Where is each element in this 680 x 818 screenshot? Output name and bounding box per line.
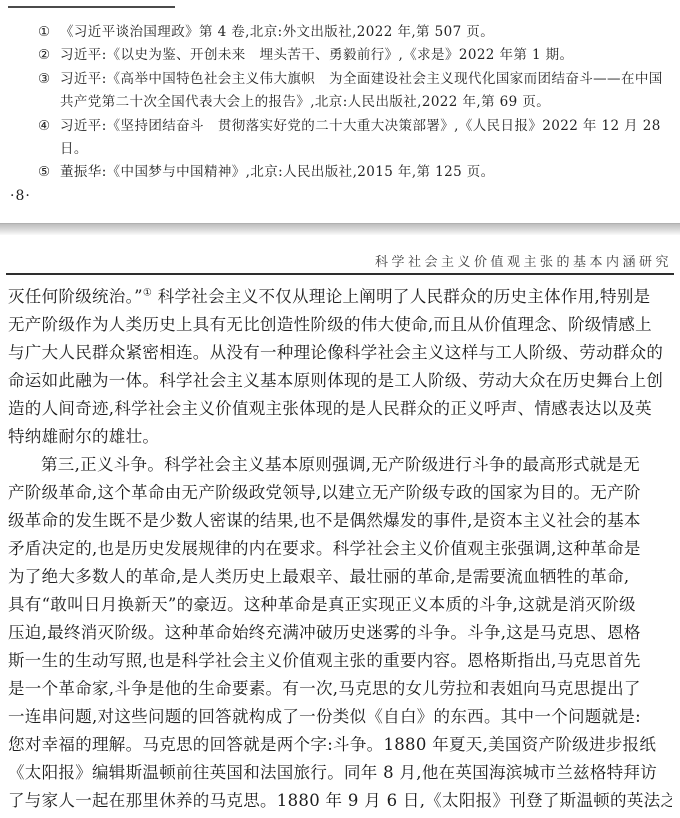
body-line: 斯一生的生动写照,也是科学社会主义价值观主张的重要内容。恩格斯指出,马克思首先 bbox=[8, 647, 672, 675]
page-gap bbox=[0, 223, 680, 235]
body-line: 《太阳报》编辑斯温顿前往英国和法国旅行。同年 8 月,他在英国海滨城市兰兹格特拜… bbox=[8, 759, 672, 787]
body-line: 您对幸福的理解。马克思的回答就是两个字:斗争。1880 年夏天,美国资产阶级进步… bbox=[8, 731, 672, 759]
footnote-number: ⑤ bbox=[38, 161, 51, 184]
footnote-text: 习近平:《高举中国特色社会主义伟大旗帜 为全面建设社会主义现代化国家而团结奋斗—… bbox=[60, 71, 663, 110]
body-line: 是一个革命家,斗争是他的生命要素。有一次,马克思的女儿劳拉和表姐向马克思提出了 bbox=[8, 675, 672, 703]
footnote-item: ⑤ 董振华:《中国梦与中国精神》,北京:人民出版社,2015 年,第 125 页… bbox=[38, 161, 674, 184]
footnote-text: 董振华:《中国梦与中国精神》,北京:人民出版社,2015 年,第 125 页。 bbox=[60, 164, 495, 180]
footnote-item: ① 《习近平谈治国理政》第 4 卷,北京:外文出版社,2022 年,第 507 … bbox=[38, 21, 674, 44]
body-line: 特纳雄耐尔的雄壮。 bbox=[8, 423, 672, 451]
body-text: 灭任何阶级统治。”① 科学社会主义不仅从理论上阐明了人民群众的历史主体作用,特别… bbox=[8, 283, 672, 815]
running-header: 科学社会主义价值观主张的基本内涵研究 bbox=[375, 251, 672, 270]
footnote-number: ① bbox=[38, 21, 51, 44]
footnote-ref: ① bbox=[143, 288, 152, 299]
footnote-number: ④ bbox=[38, 115, 51, 138]
footnote-number: ③ bbox=[38, 68, 51, 91]
footnote-text: 《习近平谈治国理政》第 4 卷,北京:外文出版社,2022 年,第 507 页。 bbox=[60, 24, 494, 40]
body-line: 矛盾决定的,也是历史发展规律的内在要求。科学社会主义价值观主张强调,这种革命是 bbox=[8, 535, 672, 563]
body-line: 产阶级革命,这个革命由无产阶级政党领导,以建立无产阶级专政的国家为目的。无产阶 bbox=[8, 479, 672, 507]
body-line: 造的人间奇迹,科学社会主义价值观主张体现的是人民群众的正义呼声、情感表达以及英 bbox=[8, 395, 672, 423]
footnote-text: 习近平:《坚持团结奋斗 贯彻落实好党的二十大重大决策部署》,《人民日报》2022… bbox=[60, 118, 661, 157]
footnote-text: 习近平:《以史为鉴、开创未来 埋头苦干、勇毅前行》,《求是》2022 年第 1 … bbox=[60, 47, 573, 63]
page-number: ·8· bbox=[10, 188, 31, 204]
body-line: 了与家人一起在那里休养的马克思。1880 年 9 月 6 日,《太阳报》刊登了斯… bbox=[8, 787, 672, 815]
body-line: 压迫,最终消灭阶级。这种革命始终充满冲破历史迷雾的斗争。斗争,这是马克思、恩格 bbox=[8, 619, 672, 647]
body-line: 具有“敢叫日月换新天”的豪迈。这种革命是真正实现正义本质的斗争,这就是消灭阶级 bbox=[8, 591, 672, 619]
body-line: 第三,正义斗争。科学社会主义基本原则强调,无产阶级进行斗争的最高形式就是无 bbox=[8, 451, 672, 479]
footnote-item: ④ 习近平:《坚持团结奋斗 贯彻落实好党的二十大重大决策部署》,《人民日报》20… bbox=[38, 115, 674, 162]
footnote-list: ① 《习近平谈治国理政》第 4 卷,北京:外文出版社,2022 年,第 507 … bbox=[38, 21, 674, 185]
page-current: 科学社会主义价值观主张的基本内涵研究 灭任何阶级统治。”① 科学社会主义不仅从理… bbox=[0, 235, 680, 818]
body-line: 为了绝大多数人的革命,是人类历史上最艰辛、最壮丽的革命,是需要流血牺牲的革命, bbox=[8, 563, 672, 591]
body-line: 灭任何阶级统治。”① 科学社会主义不仅从理论上阐明了人民群众的历史主体作用,特别… bbox=[8, 283, 672, 311]
document-viewport[interactable]: ① 《习近平谈治国理政》第 4 卷,北京:外文出版社,2022 年,第 507 … bbox=[0, 0, 680, 818]
footnote-item: ② 习近平:《以史为鉴、开创未来 埋头苦干、勇毅前行》,《求是》2022 年第 … bbox=[38, 44, 674, 67]
body-line: 命运如此融为一体。科学社会主义基本原则体现的是工人阶级、劳动大众在历史舞台上创 bbox=[8, 367, 672, 395]
header-rule bbox=[6, 273, 674, 275]
body-line: 与广大人民群众紧密相连。从没有一种理论像科学社会主义这样与工人阶级、劳动群众的 bbox=[8, 339, 672, 367]
page-prev: ① 《习近平谈治国理政》第 4 卷,北京:外文出版社,2022 年,第 507 … bbox=[0, 0, 680, 223]
body-line: 级革命的发生既不是少数人密谋的结果,也不是偶然爆发的事件,是资本主义社会的基本 bbox=[8, 507, 672, 535]
footnote-number: ② bbox=[38, 44, 51, 67]
footnote-separator-rule bbox=[8, 6, 175, 8]
body-line: 无产阶级作为人类历史上具有无比创造性阶级的伟大使命,而且从价值理念、阶级情感上 bbox=[8, 311, 672, 339]
body-line: 一连串问题,对这些问题的回答就构成了一份类似《自白》的东西。其中一个问题就是: bbox=[8, 703, 672, 731]
footnote-item: ③ 习近平:《高举中国特色社会主义伟大旗帜 为全面建设社会主义现代化国家而团结奋… bbox=[38, 68, 674, 115]
